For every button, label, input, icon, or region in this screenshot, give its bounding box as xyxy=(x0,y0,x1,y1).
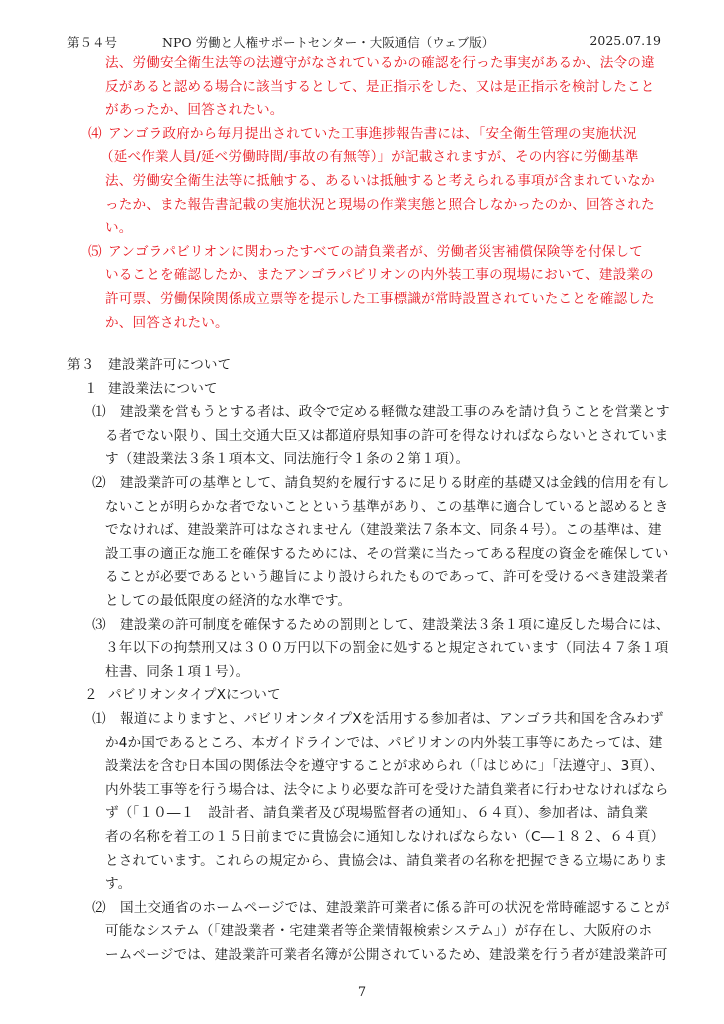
text-line: とされています。これらの規定から、貴協会は、請負業者の名称を把握できる立場にあり… xyxy=(105,850,667,874)
text-line: す（建設業法３条１項本文、同法施行令１条の２第１項）。 xyxy=(105,448,469,472)
text-line: ったか、また報告書記載の実施状況と現場の作業実態と照合しなかったのか、回答された xyxy=(105,194,655,218)
issue-date: 2025.07.19 xyxy=(589,33,661,48)
text-line: ームページでは、建設業許可業者名簿が公開されているため、建設業を行う者が建設業許… xyxy=(105,944,668,968)
text-line: アンゴラ政府から毎月提出されていた工事進捗報告書には、「安全衛生管理の実施状況 xyxy=(108,123,637,147)
text-line: でなければ、建設業許可はなされません（建設業法７条本文、同条４号）。この基準は、… xyxy=(105,519,662,543)
text-line: ることが必要であるという趣旨により設けられたものであって、許可を受けるべき建設業… xyxy=(105,566,668,590)
text-line: 報道によりますと、パビリオンタイプXを活用する参加者は、アンゴラ共和国を含みわず xyxy=(120,708,664,732)
text-line: か、回答されたい。 xyxy=(105,312,229,336)
item-marker: ⑸ xyxy=(88,241,102,265)
text-line: 者の名称を着工の１５日前までに貴協会に通知しなければならない（C―１８２、６４頁… xyxy=(105,826,664,850)
item-marker: ⑵ xyxy=(92,897,106,921)
text-line: 柱書、同条１項１号）。 xyxy=(105,661,249,685)
text-line: いることを確認したか、またアンゴラパビリオンの内外装工事の現場において、建設業の xyxy=(105,264,654,288)
text-line: 建設業の許可制度を確保するための罰則として、建設業法３条１項に違反した場合には、 xyxy=(120,614,669,638)
subsection-title: 建設業法について xyxy=(108,378,218,402)
text-line: ず（「１０―１ 設計者、請負業者及び現場監督者の通知」、６４頁）、参加者は、請負… xyxy=(105,802,648,826)
text-line: アンゴラパビリオンに関わったすべての請負業者が、労働者災害補償保険等を付保して xyxy=(108,241,643,265)
item-marker: ⑴ xyxy=(92,401,106,425)
text-line: ないことが明らかな者でないことという基準があり、この基準に適合していると認めると… xyxy=(105,496,669,520)
subsection-number: ２ xyxy=(84,684,98,708)
text-line: か4か国であるところ、本ガイドラインでは、パビリオンの内外装工事等にあたっては、… xyxy=(105,732,663,756)
text-line: 法、労働安全衛生法等に抵触する、あるいは抵触すると考えられる事項が含まれていなか xyxy=(105,170,655,194)
text-line: い。 xyxy=(105,217,133,241)
issue-number: 第５４号 xyxy=(67,33,117,51)
text-line: 国土交通省のホームページでは、建設業許可業者に係る許可の状況を常時確認することが xyxy=(120,897,669,921)
item-marker: ⑷ xyxy=(88,123,102,147)
item-marker: ⑶ xyxy=(92,614,106,638)
section-title: 建設業許可について xyxy=(108,354,231,378)
page-header: 第５４号 NPO 労働と人権サポートセンター・大阪通信（ウェブ版） 2025.0… xyxy=(67,33,661,51)
text-line: 設業法を含む日本国の関係法令を遵守することが求められ（「はじめに」「法遵守」、3… xyxy=(105,755,664,779)
text-line: ３年以下の拘禁刑又は３００万円以下の罰金に処すると規定されています（同法４７条１… xyxy=(105,637,669,661)
subsection-title: パビリオンタイプXについて xyxy=(108,684,281,708)
subsection-number: １ xyxy=(84,378,98,402)
item-marker: ⑴ xyxy=(92,708,106,732)
newsletter-title: NPO 労働と人権サポートセンター・大阪通信（ウェブ版） xyxy=(162,33,494,51)
text-line: （延べ作業人員/延べ労働時間/事故の有無等）」が記載されますが、その内容に労働基… xyxy=(100,146,639,170)
item-marker: ⑵ xyxy=(92,472,106,496)
text-line: 内外装工事等を行う場合は、法令により必要な許可を受けた請負業者に行わせなければな… xyxy=(105,779,669,803)
text-line: る者でない限り、国土交通大臣又は都道府県知事の許可を得なければならないとされてい… xyxy=(105,425,669,449)
text-line: す。 xyxy=(105,873,131,897)
text-line: 反があると認める場合に該当するとして、是正指示をした、又は是正指示を検討したこと xyxy=(105,76,654,100)
text-line: 法、労働安全衛生法等の法遵守がなされているかの確認を行った事実があるか、法令の違 xyxy=(105,52,655,76)
text-line: 設工事の適正な施工を確保するためには、その営業に当たってある程度の資金を確保して… xyxy=(105,543,669,567)
section-number: 第３ xyxy=(67,354,95,378)
text-line: があったか、回答されたい。 xyxy=(105,99,284,123)
text-line: 建設業を営もうとする者は、政令で定める軽微な建設工事のみを請け負うことを営業とす xyxy=(120,401,670,425)
text-line: としての最低限度の経済的な水準です。 xyxy=(105,590,351,614)
page-number: 7 xyxy=(0,985,724,1000)
text-line: 建設業許可の基準として、請負契約を履行するに足りる財産的基礎又は金銭的信用を有し xyxy=(120,472,669,496)
text-line: 可能なシステム（「建設業者・宅建業者等企業情報検索システム」）が存在し、大阪府の… xyxy=(105,920,652,944)
text-line: 許可票、労働保険関係成立票等を提示した工事標識が常時設置されていたことを確認した xyxy=(105,288,655,312)
